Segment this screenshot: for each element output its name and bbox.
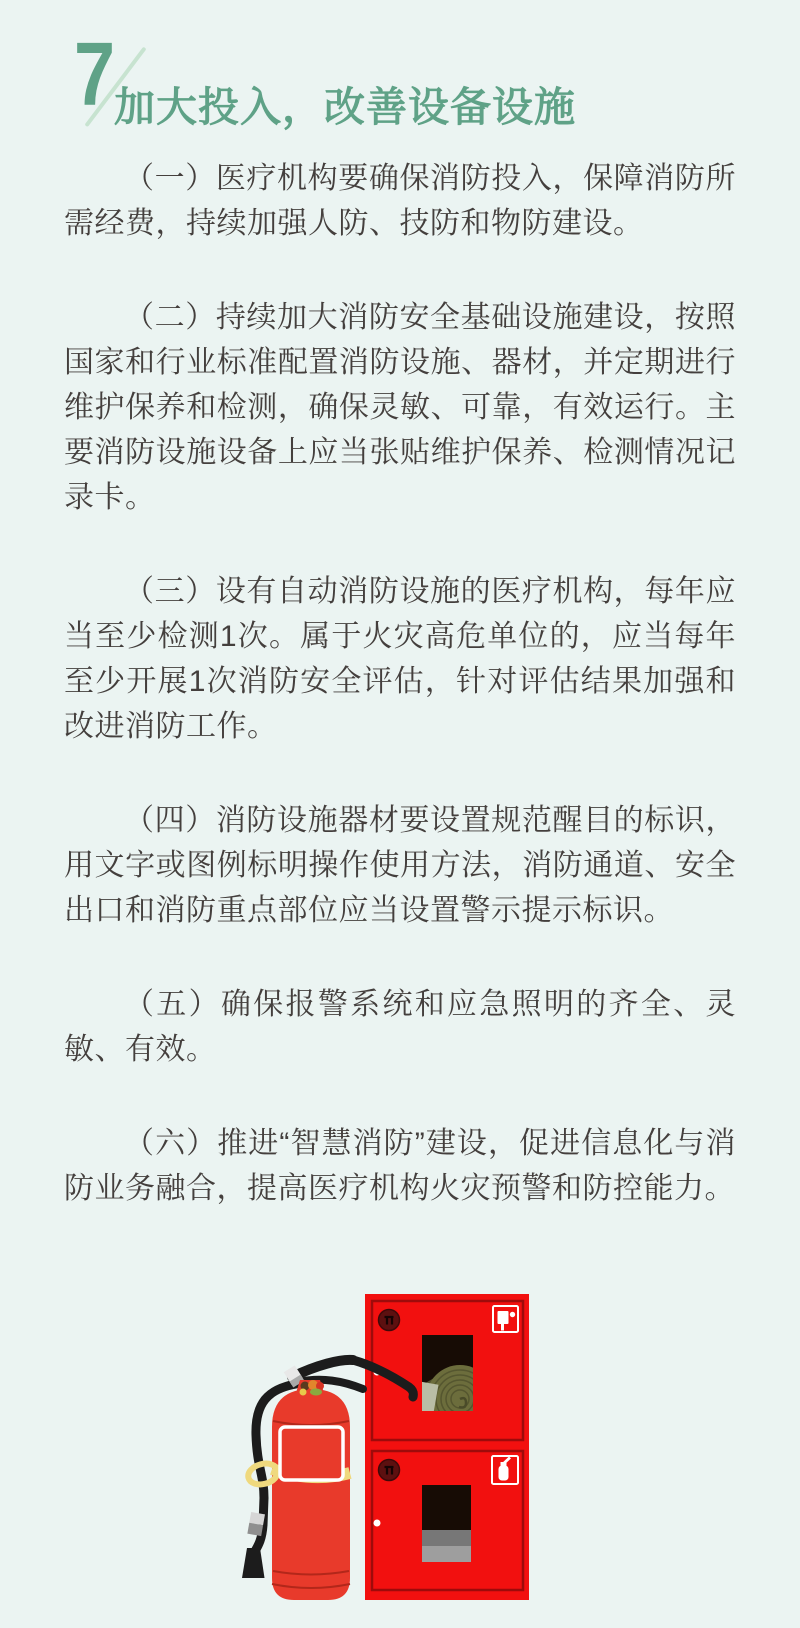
- cabinet-extinguisher-window: [422, 1485, 471, 1562]
- bottom-door-knob: [374, 1520, 381, 1527]
- paragraph-2: （二）持续加大消防安全基础设施建设，按照国家和行业标准配置消防设施、器材，并定期…: [64, 295, 736, 520]
- article-body: （一）医疗机构要确保消防投入，保障消防所需经费，持续加强人防、技防和物防建设。 …: [64, 156, 736, 1260]
- extinguisher-tank: [272, 1389, 350, 1600]
- cabinet-lock-bottom-icon: [379, 1460, 400, 1481]
- page: 7 加大投入，改善设备设施 （一）医疗机构要确保消防投入，保障消防所需经费，持续…: [0, 0, 800, 1628]
- fire-hose-cabinet-illustration: [365, 1294, 529, 1600]
- cabinet-lock-top-icon: [379, 1310, 400, 1331]
- section-number: 7: [74, 30, 115, 120]
- paragraph-5: （五）确保报警系统和应急照明的齐全、灵敏、有效。: [64, 982, 736, 1072]
- paragraph-1: （一）医疗机构要确保消防投入，保障消防所需经费，持续加强人防、技防和物防建设。: [64, 156, 736, 246]
- hose-nozzle: [242, 1548, 265, 1578]
- fire-safety-illustration: [232, 1285, 532, 1615]
- paragraph-6: （六）推进“智慧消防”建设，促进信息化与消防业务融合，提高医疗机构火灾预警和防控…: [64, 1121, 736, 1211]
- paragraph-3: （三）设有自动消防设施的医疗机构，每年应当至少检测1次。属于火灾高危单位的，应当…: [64, 569, 736, 749]
- extinguisher-label: [280, 1427, 343, 1480]
- paragraph-4: （四）消防设施器材要设置规范醒目的标识，用文字或图例标明操作使用方法，消防通道、…: [64, 798, 736, 933]
- page-title: 加大投入，改善设备设施: [114, 74, 576, 133]
